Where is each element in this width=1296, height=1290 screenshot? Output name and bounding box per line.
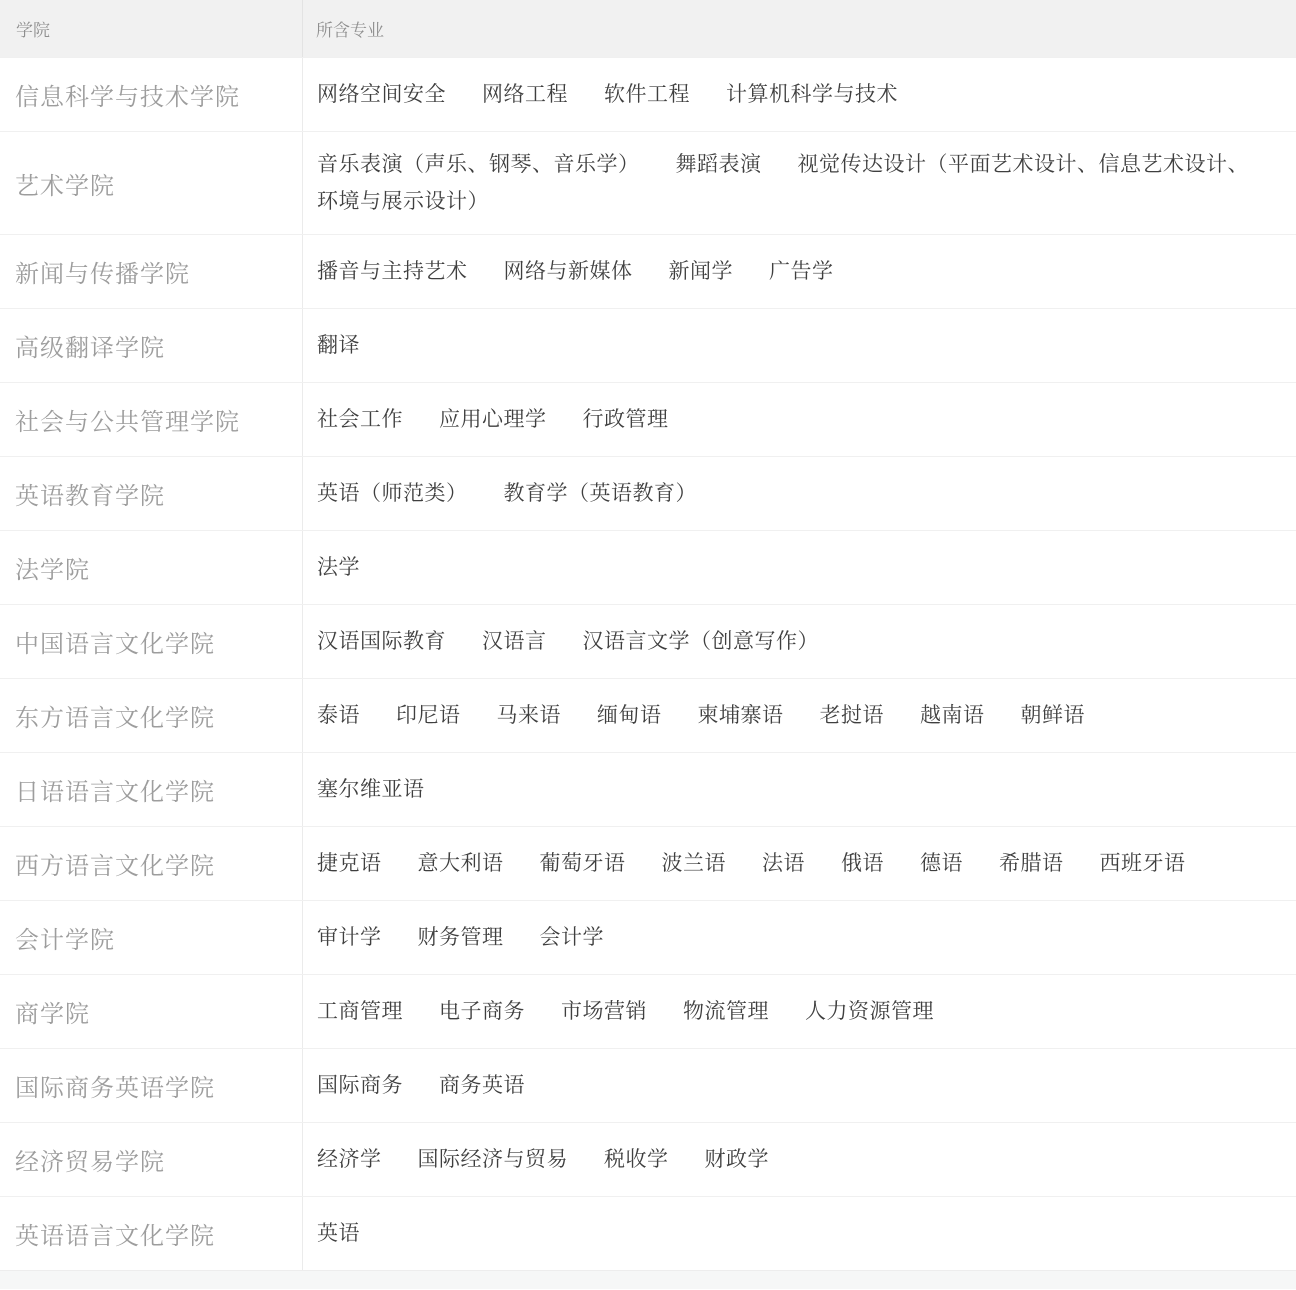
major-item: 印尼语 <box>396 704 461 727</box>
majors-text: 捷克语意大利语葡萄牙语波兰语法语俄语德语希腊语西班牙语 <box>317 845 1186 882</box>
major-item: 德语 <box>920 852 963 875</box>
major-item: 人力资源管理 <box>805 1000 934 1023</box>
majors-text: 音乐表演（声乐、钢琴、音乐学）舞蹈表演视觉传达设计（平面艺术设计、信息艺术设计、… <box>317 146 1268 220</box>
college-cell: 日语语言文化学院 <box>0 753 302 826</box>
major-item: 新闻学 <box>669 260 734 283</box>
major-item: 波兰语 <box>662 852 727 875</box>
major-item: 网络与新媒体 <box>504 260 633 283</box>
college-majors-table: 学院 所含专业 信息科学与技术学院 网络空间安全网络工程软件工程计算机科学与技术… <box>0 0 1296 1289</box>
major-item: 财务管理 <box>418 926 504 949</box>
college-cell: 艺术学院 <box>0 132 302 234</box>
major-item: 经济学 <box>317 1148 382 1171</box>
majors-cell: 泰语印尼语马来语缅甸语柬埔寨语老挝语越南语朝鲜语 <box>302 679 1296 752</box>
majors-cell: 汉语国际教育汉语言汉语言文学（创意写作） <box>302 605 1296 678</box>
table-row: 信息科学与技术学院 网络空间安全网络工程软件工程计算机科学与技术 <box>0 57 1296 131</box>
major-item: 音乐表演（声乐、钢琴、音乐学） <box>317 153 640 176</box>
major-item: 商务英语 <box>439 1074 525 1097</box>
majors-cell: 捷克语意大利语葡萄牙语波兰语法语俄语德语希腊语西班牙语 <box>302 827 1296 900</box>
majors-text: 社会工作应用心理学行政管理 <box>317 401 669 438</box>
majors-text: 国际商务商务英语 <box>317 1067 525 1104</box>
table-body: 信息科学与技术学院 网络空间安全网络工程软件工程计算机科学与技术 艺术学院 音乐… <box>0 57 1296 1270</box>
majors-cell: 国际商务商务英语 <box>302 1049 1296 1122</box>
majors-text: 泰语印尼语马来语缅甸语柬埔寨语老挝语越南语朝鲜语 <box>317 697 1085 734</box>
next-row-partial <box>0 1270 1296 1289</box>
major-item: 意大利语 <box>418 852 504 875</box>
college-cell: 英语教育学院 <box>0 457 302 530</box>
majors-cell: 英语 <box>302 1197 1296 1270</box>
college-cell: 经济贸易学院 <box>0 1123 302 1196</box>
table-row: 新闻与传播学院 播音与主持艺术网络与新媒体新闻学广告学 <box>0 234 1296 308</box>
majors-text: 工商管理电子商务市场营销物流管理人力资源管理 <box>317 993 934 1030</box>
major-item: 计算机科学与技术 <box>726 83 898 106</box>
major-item: 网络工程 <box>482 83 568 106</box>
major-item: 朝鲜语 <box>1021 704 1086 727</box>
header-college-label: 学院 <box>0 0 302 57</box>
majors-cell: 经济学国际经济与贸易税收学财政学 <box>302 1123 1296 1196</box>
majors-text: 英语（师范类）教育学（英语教育） <box>317 475 697 512</box>
major-item: 翻译 <box>317 334 360 357</box>
major-item: 缅甸语 <box>597 704 662 727</box>
major-item: 广告学 <box>769 260 834 283</box>
table-row: 西方语言文化学院 捷克语意大利语葡萄牙语波兰语法语俄语德语希腊语西班牙语 <box>0 826 1296 900</box>
table-row: 国际商务英语学院 国际商务商务英语 <box>0 1048 1296 1122</box>
major-item: 英语 <box>317 1222 360 1245</box>
major-item: 法学 <box>317 556 360 579</box>
major-item: 捷克语 <box>317 852 382 875</box>
major-item: 英语（师范类） <box>317 482 468 505</box>
majors-text: 汉语国际教育汉语言汉语言文学（创意写作） <box>317 623 819 660</box>
majors-cell: 音乐表演（声乐、钢琴、音乐学）舞蹈表演视觉传达设计（平面艺术设计、信息艺术设计、… <box>302 132 1296 234</box>
college-cell: 西方语言文化学院 <box>0 827 302 900</box>
major-item: 社会工作 <box>317 408 403 431</box>
table-row: 法学院 法学 <box>0 530 1296 604</box>
table-row: 英语教育学院 英语（师范类）教育学（英语教育） <box>0 456 1296 530</box>
majors-cell: 社会工作应用心理学行政管理 <box>302 383 1296 456</box>
majors-cell: 法学 <box>302 531 1296 604</box>
table-row: 东方语言文化学院 泰语印尼语马来语缅甸语柬埔寨语老挝语越南语朝鲜语 <box>0 678 1296 752</box>
major-item: 柬埔寨语 <box>698 704 784 727</box>
major-item: 国际经济与贸易 <box>418 1148 569 1171</box>
majors-text: 塞尔维亚语 <box>317 771 425 808</box>
major-item: 法语 <box>762 852 805 875</box>
major-item: 财政学 <box>705 1148 770 1171</box>
majors-text: 翻译 <box>317 327 360 364</box>
majors-text: 审计学财务管理会计学 <box>317 919 604 956</box>
major-item: 塞尔维亚语 <box>317 778 425 801</box>
table-row: 中国语言文化学院 汉语国际教育汉语言汉语言文学（创意写作） <box>0 604 1296 678</box>
majors-text: 英语 <box>317 1215 360 1252</box>
major-item: 电子商务 <box>439 1000 525 1023</box>
college-cell: 社会与公共管理学院 <box>0 383 302 456</box>
major-item: 汉语言文学（创意写作） <box>583 630 820 653</box>
table-row: 高级翻译学院 翻译 <box>0 308 1296 382</box>
major-item: 俄语 <box>841 852 884 875</box>
major-item: 审计学 <box>317 926 382 949</box>
major-item: 西班牙语 <box>1100 852 1186 875</box>
majors-cell: 英语（师范类）教育学（英语教育） <box>302 457 1296 530</box>
table-row: 会计学院 审计学财务管理会计学 <box>0 900 1296 974</box>
college-cell: 中国语言文化学院 <box>0 605 302 678</box>
major-item: 葡萄牙语 <box>540 852 626 875</box>
table-row: 商学院 工商管理电子商务市场营销物流管理人力资源管理 <box>0 974 1296 1048</box>
major-item: 汉语国际教育 <box>317 630 446 653</box>
majors-cell: 工商管理电子商务市场营销物流管理人力资源管理 <box>302 975 1296 1048</box>
major-item: 网络空间安全 <box>317 83 446 106</box>
major-item: 老挝语 <box>820 704 885 727</box>
college-cell: 商学院 <box>0 975 302 1048</box>
college-cell: 国际商务英语学院 <box>0 1049 302 1122</box>
major-item: 行政管理 <box>583 408 669 431</box>
majors-cell: 塞尔维亚语 <box>302 753 1296 826</box>
major-item: 越南语 <box>920 704 985 727</box>
college-cell: 会计学院 <box>0 901 302 974</box>
table-row: 日语语言文化学院 塞尔维亚语 <box>0 752 1296 826</box>
major-item: 马来语 <box>497 704 562 727</box>
college-cell: 法学院 <box>0 531 302 604</box>
majors-cell: 审计学财务管理会计学 <box>302 901 1296 974</box>
college-cell: 高级翻译学院 <box>0 309 302 382</box>
major-item: 播音与主持艺术 <box>317 260 468 283</box>
majors-text: 经济学国际经济与贸易税收学财政学 <box>317 1141 769 1178</box>
table-row: 经济贸易学院 经济学国际经济与贸易税收学财政学 <box>0 1122 1296 1196</box>
majors-text: 法学 <box>317 549 360 586</box>
college-cell: 东方语言文化学院 <box>0 679 302 752</box>
table-row: 社会与公共管理学院 社会工作应用心理学行政管理 <box>0 382 1296 456</box>
major-item: 税收学 <box>604 1148 669 1171</box>
college-cell: 信息科学与技术学院 <box>0 58 302 131</box>
majors-text: 播音与主持艺术网络与新媒体新闻学广告学 <box>317 253 834 290</box>
college-cell: 新闻与传播学院 <box>0 235 302 308</box>
major-item: 物流管理 <box>683 1000 769 1023</box>
table-row: 英语语言文化学院 英语 <box>0 1196 1296 1270</box>
majors-cell: 网络空间安全网络工程软件工程计算机科学与技术 <box>302 58 1296 131</box>
major-item: 汉语言 <box>482 630 547 653</box>
major-item: 会计学 <box>540 926 605 949</box>
majors-cell: 播音与主持艺术网络与新媒体新闻学广告学 <box>302 235 1296 308</box>
major-item: 应用心理学 <box>439 408 547 431</box>
table-row: 艺术学院 音乐表演（声乐、钢琴、音乐学）舞蹈表演视觉传达设计（平面艺术设计、信息… <box>0 131 1296 234</box>
major-item: 市场营销 <box>561 1000 647 1023</box>
major-item: 工商管理 <box>317 1000 403 1023</box>
major-item: 泰语 <box>317 704 360 727</box>
majors-text: 网络空间安全网络工程软件工程计算机科学与技术 <box>317 76 898 113</box>
table-header-row: 学院 所含专业 <box>0 0 1296 57</box>
major-item: 希腊语 <box>999 852 1064 875</box>
majors-cell: 翻译 <box>302 309 1296 382</box>
college-cell: 英语语言文化学院 <box>0 1197 302 1270</box>
major-item: 舞蹈表演 <box>676 153 762 176</box>
major-item: 教育学（英语教育） <box>504 482 698 505</box>
header-majors-label: 所含专业 <box>302 0 1296 57</box>
major-item: 软件工程 <box>604 83 690 106</box>
major-item: 国际商务 <box>317 1074 403 1097</box>
